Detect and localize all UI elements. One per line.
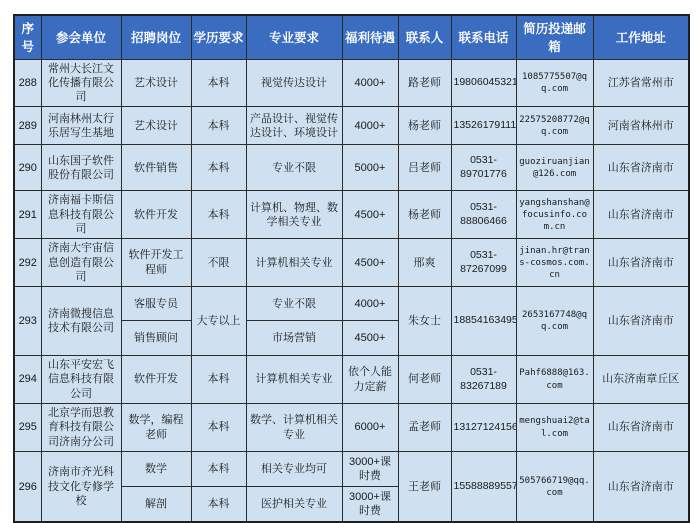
cell-address: 河南省林州市 (593, 107, 689, 145)
cell-education: 本科 (191, 404, 246, 452)
cell-company: 济南大宇宙信息创造有限公司 (41, 239, 121, 287)
cell-salary: 3000+课时费 (342, 486, 398, 522)
cell-salary: 依个人能力定薪 (342, 356, 398, 404)
cell-contact: 邢爽 (398, 239, 451, 287)
cell-education: 本科 (191, 356, 246, 404)
cell-salary: 5000+ (342, 145, 398, 191)
cell-education: 本科 (191, 59, 246, 107)
header-education: 学历要求 (191, 15, 246, 59)
cell-phone: 19806045321 (451, 59, 516, 107)
cell-no: 296 (14, 451, 41, 522)
cell-position: 软件开发 (121, 356, 191, 404)
header-email: 简历投递邮箱 (516, 15, 593, 59)
job-fair-table-wrap: 序号 参会单位 招聘岗位 学历要求 专业要求 福利待遇 联系人 联系电话 简历投… (13, 14, 688, 523)
cell-major: 视觉传达设计 (246, 59, 342, 107)
cell-email: 22575208772@qq.com (516, 107, 593, 145)
cell-email: jinan.hr@trans-cosmos.com.cn (516, 239, 593, 287)
cell-phone: 13127124156 (451, 404, 516, 452)
cell-position: 销售顾问 (121, 321, 191, 356)
cell-position: 数学，编程老师 (121, 404, 191, 452)
cell-position: 软件销售 (121, 145, 191, 191)
header-position: 招聘岗位 (121, 15, 191, 59)
cell-contact: 路老师 (398, 59, 451, 107)
cell-phone: 0531-88806466 (451, 191, 516, 239)
header-row: 序号 参会单位 招聘岗位 学历要求 专业要求 福利待遇 联系人 联系电话 简历投… (14, 15, 689, 59)
header-contact: 联系人 (398, 15, 451, 59)
cell-address: 山东济南章丘区 (593, 356, 689, 404)
cell-email: 2653167748@qq.com (516, 287, 593, 356)
cell-contact: 何老师 (398, 356, 451, 404)
cell-no: 293 (14, 287, 41, 356)
cell-email: guoziruanjian@126.com (516, 145, 593, 191)
cell-major: 产品设计、视觉传达设计、环境设计 (246, 107, 342, 145)
cell-no: 288 (14, 59, 41, 107)
header-phone: 联系电话 (451, 15, 516, 59)
cell-major: 计算机相关专业 (246, 356, 342, 404)
cell-education: 本科 (191, 145, 246, 191)
cell-email: 505766719@qq.com (516, 451, 593, 522)
cell-contact: 朱女士 (398, 287, 451, 356)
cell-no: 291 (14, 191, 41, 239)
cell-company: 常州大长江文化传播有限公司 (41, 59, 121, 107)
cell-email: mengshuai2@tal.com (516, 404, 593, 452)
cell-email: yangshanshan@focusinfo.com.cn (516, 191, 593, 239)
cell-major: 计算机相关专业 (246, 239, 342, 287)
table-row: 292 济南大宇宙信息创造有限公司 软件开发工程师 不限 计算机相关专业 450… (14, 239, 689, 287)
cell-education: 本科 (191, 451, 246, 486)
cell-phone: 13526179111 (451, 107, 516, 145)
cell-address: 山东省济南市 (593, 145, 689, 191)
cell-company: 山东国子软件股份有限公司 (41, 145, 121, 191)
cell-phone: 18854163495 (451, 287, 516, 356)
cell-address: 江苏省常州市 (593, 59, 689, 107)
cell-education: 本科 (191, 486, 246, 522)
cell-major: 市场营销 (246, 321, 342, 356)
cell-phone: 0531-87267099 (451, 239, 516, 287)
cell-address: 山东省济南市 (593, 451, 689, 522)
cell-no: 289 (14, 107, 41, 145)
cell-contact: 王老师 (398, 451, 451, 522)
cell-salary: 4500+ (342, 239, 398, 287)
cell-salary: 3000+课时费 (342, 451, 398, 486)
cell-position: 艺术设计 (121, 59, 191, 107)
table-row: 290 山东国子软件股份有限公司 软件销售 本科 专业不限 5000+ 吕老师 … (14, 145, 689, 191)
cell-position: 客服专员 (121, 287, 191, 321)
cell-education: 不限 (191, 239, 246, 287)
table-row: 291 济南福卡斯信息科技有限公司 软件开发 本科 计算机、物理、数学相关专业 … (14, 191, 689, 239)
cell-salary: 6000+ (342, 404, 398, 452)
table-row: 288 常州大长江文化传播有限公司 艺术设计 本科 视觉传达设计 4000+ 路… (14, 59, 689, 107)
cell-address: 山东省济南市 (593, 239, 689, 287)
cell-position: 软件开发工程师 (121, 239, 191, 287)
cell-major: 专业不限 (246, 287, 342, 321)
header-major: 专业要求 (246, 15, 342, 59)
cell-salary: 4000+ (342, 287, 398, 321)
header-address: 工作地址 (593, 15, 689, 59)
cell-education: 大专以上 (191, 287, 246, 356)
cell-major: 数学、计算机相关专业 (246, 404, 342, 452)
table-row: 289 河南林州太行乐居写生基地 艺术设计 本科 产品设计、视觉传达设计、环境设… (14, 107, 689, 145)
cell-no: 290 (14, 145, 41, 191)
cell-salary: 4000+ (342, 107, 398, 145)
cell-position: 艺术设计 (121, 107, 191, 145)
cell-major: 相关专业均可 (246, 451, 342, 486)
cell-phone: 15588889557 (451, 451, 516, 522)
cell-address: 山东省济南市 (593, 191, 689, 239)
cell-position: 软件开发 (121, 191, 191, 239)
cell-contact: 杨老师 (398, 107, 451, 145)
cell-contact: 孟老师 (398, 404, 451, 452)
cell-major: 计算机、物理、数学相关专业 (246, 191, 342, 239)
job-fair-table: 序号 参会单位 招聘岗位 学历要求 专业要求 福利待遇 联系人 联系电话 简历投… (13, 14, 690, 523)
cell-email: Pahf6888@163.com (516, 356, 593, 404)
cell-company: 济南微搜信息技术有限公司 (41, 287, 121, 356)
cell-no: 294 (14, 356, 41, 404)
table-row: 296 济南市齐光科技文化专修学校 数学 本科 相关专业均可 3000+课时费 … (14, 451, 689, 486)
cell-major: 医护相关专业 (246, 486, 342, 522)
cell-education: 本科 (191, 107, 246, 145)
cell-company: 济南市齐光科技文化专修学校 (41, 451, 121, 522)
cell-major: 专业不限 (246, 145, 342, 191)
table-row: 293 济南微搜信息技术有限公司 客服专员 大专以上 专业不限 4000+ 朱女… (14, 287, 689, 321)
cell-salary: 4000+ (342, 59, 398, 107)
cell-education: 本科 (191, 191, 246, 239)
cell-no: 292 (14, 239, 41, 287)
header-company: 参会单位 (41, 15, 121, 59)
cell-company: 河南林州太行乐居写生基地 (41, 107, 121, 145)
cell-contact: 吕老师 (398, 145, 451, 191)
cell-address: 山东省济南市 (593, 287, 689, 356)
cell-salary: 4500+ (342, 321, 398, 356)
cell-email: 1085775507@qq.com (516, 59, 593, 107)
cell-phone: 0531-83267189 (451, 356, 516, 404)
header-salary: 福利待遇 (342, 15, 398, 59)
header-no: 序号 (14, 15, 41, 59)
cell-position: 数学 (121, 451, 191, 486)
cell-contact: 杨老师 (398, 191, 451, 239)
cell-address: 山东省济南市 (593, 404, 689, 452)
table-row: 294 山东平安宏飞信息科技有限公司 软件开发 本科 计算机相关专业 依个人能力… (14, 356, 689, 404)
cell-no: 295 (14, 404, 41, 452)
cell-salary: 4500+ (342, 191, 398, 239)
cell-company: 北京学而思教育科技有限公司济南分公司 (41, 404, 121, 452)
cell-position: 解剖 (121, 486, 191, 522)
cell-company: 济南福卡斯信息科技有限公司 (41, 191, 121, 239)
cell-phone: 0531-89701776 (451, 145, 516, 191)
cell-company: 山东平安宏飞信息科技有限公司 (41, 356, 121, 404)
table-row: 295 北京学而思教育科技有限公司济南分公司 数学，编程老师 本科 数学、计算机… (14, 404, 689, 452)
